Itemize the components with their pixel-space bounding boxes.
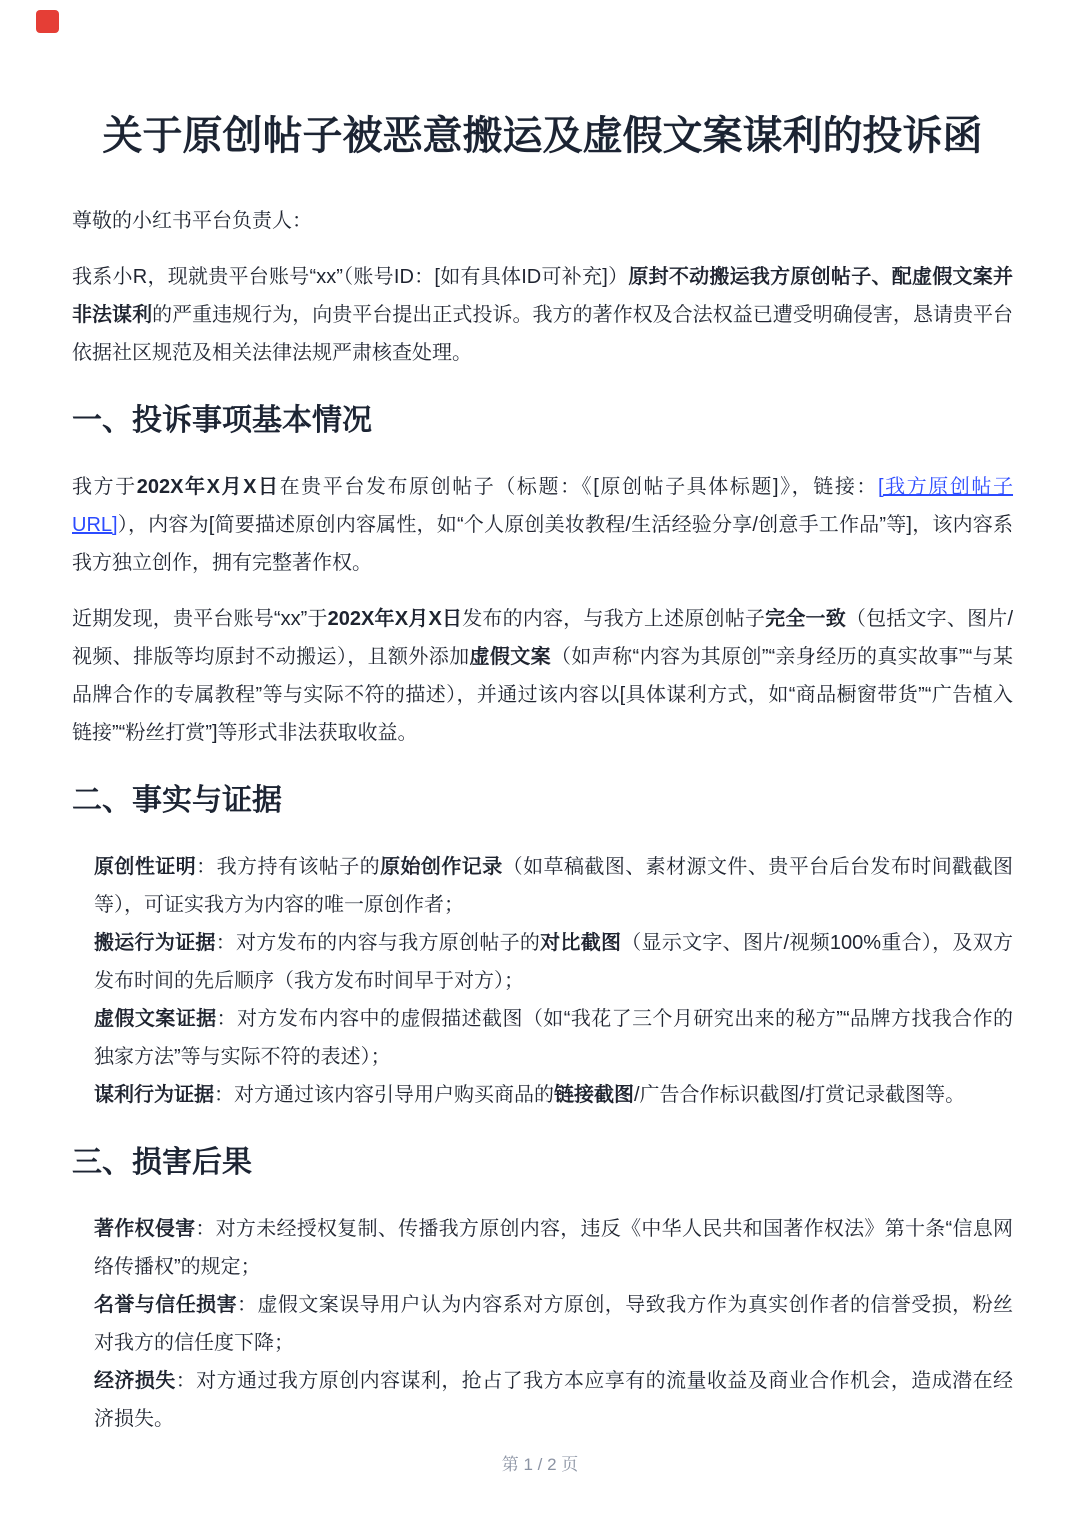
infringement-paragraph: 近期发现，贵平台账号“xx”于202X年X月X日发布的内容，与我方上述原创帖子完… [72,600,1013,752]
list-item: 原创性证明：我方持有该帖子的原始创作记录（如草稿截图、素材源文件、贵平台后台发布… [94,848,1013,924]
text-run: 我系小R，现就贵平台账号“xx”（账号ID：[如有具体ID可补充]） [72,266,628,288]
text-run: 链接截图 [554,1084,634,1106]
salutation: 尊敬的小红书平台负责人： [72,202,1013,240]
text-run: 发布的内容，与我方上述原创帖子 [462,608,765,630]
red-square-icon [36,10,59,33]
text-run: /广告合作标识截图/打赏记录截图等。 [634,1084,965,1106]
page-indicator: 第 1 / 2 页 [0,1450,1080,1475]
text-run: ），内容为[简要描述原创内容属性，如“个人原创美妆教程/生活经验分享/创意手工作… [72,514,1013,574]
damage-list: 著作权侵害：对方未经授权复制、传播我方原创内容，违反《中华人民共和国著作权法》第… [72,1210,1013,1438]
text-run: 我方于 [72,476,137,498]
text-run: 202X年X月X日 [137,476,280,498]
section-heading-facts-evidence: 二、事实与证据 [72,780,1013,822]
text-run: 近期发现，贵平台账号“xx”于 [72,608,328,630]
list-item: 搬运行为证据：对方发布的内容与我方原创帖子的对比截图（显示文字、图片/视频100… [94,924,1013,1000]
original-post-paragraph: 我方于202X年X月X日在贵平台发布原创帖子（标题：《[原创帖子具体标题]》，链… [72,468,1013,582]
text-run: ：对方发布的内容与我方原创帖子的 [216,932,540,954]
list-item: 虚假文案证据：对方发布内容中的虚假描述截图（如“我花了三个月研究出来的秘方”“品… [94,1000,1013,1076]
list-item: 著作权侵害：对方未经授权复制、传播我方原创内容，违反《中华人民共和国著作权法》第… [94,1210,1013,1286]
text-run: ：对方通过我方原创内容谋利，抢占了我方本应享有的流量收益及商业合作机会，造成潜在… [94,1370,1013,1430]
text-run: 原创性证明 [94,856,196,878]
text-run: 谋利行为证据 [94,1084,214,1106]
text-run: 完全一致 [765,608,846,630]
list-item: 名誉与信任损害：虚假文案误导用户认为内容系对方原创，导致我方作为真实创作者的信誉… [94,1286,1013,1362]
section-heading-damage-consequences: 三、损害后果 [72,1142,1013,1184]
text-run: ：对方通过该内容引导用户购买商品的 [214,1084,554,1106]
list-item: 经济损失：对方通过我方原创内容谋利，抢占了我方本应享有的流量收益及商业合作机会，… [94,1362,1013,1438]
text-run: 搬运行为证据 [94,932,216,954]
section-heading-complaint-basics: 一、投诉事项基本情况 [72,400,1013,442]
text-run: 经济损失 [94,1370,176,1392]
text-run: 的严重违规行为，向贵平台提出正式投诉。我方的著作权及合法权益已遭受明确侵害，恳请… [72,304,1013,364]
text-run: 名誉与信任损害 [94,1294,237,1316]
text-run: 虚假文案 [470,646,552,668]
text-run: ：对方未经授权复制、传播我方原创内容，违反《中华人民共和国著作权法》第十条“信息… [94,1218,1013,1278]
text-run: ：我方持有该帖子的 [196,856,380,878]
text-run: 在贵平台发布原创帖子（标题：《[原创帖子具体标题]》，链接： [280,476,878,498]
document-title: 关于原创帖子被恶意搬运及虚假文案谋利的投诉函 [72,112,1013,160]
text-run: 202X年X月X日 [328,608,463,630]
document-content: 关于原创帖子被恶意搬运及虚假文案谋利的投诉函 尊敬的小红书平台负责人： 我系小R… [0,0,1080,1438]
text-run: 对比截图 [540,932,621,954]
document-page: 关于原创帖子被恶意搬运及虚假文案谋利的投诉函 尊敬的小红书平台负责人： 我系小R… [0,0,1080,1527]
text-run: 原始创作记录 [380,856,503,878]
evidence-list: 原创性证明：我方持有该帖子的原始创作记录（如草稿截图、素材源文件、贵平台后台发布… [72,848,1013,1114]
list-item: 谋利行为证据：对方通过该内容引导用户购买商品的链接截图/广告合作标识截图/打赏记… [94,1076,1013,1114]
text-run: 虚假文案证据 [94,1008,217,1030]
text-run: ：对方发布内容中的虚假描述截图（如“我花了三个月研究出来的秘方”“品牌方找我合作… [94,1008,1013,1068]
text-run: 著作权侵害 [94,1218,195,1240]
intro-paragraph: 我系小R，现就贵平台账号“xx”（账号ID：[如有具体ID可补充]）原封不动搬运… [72,258,1013,372]
